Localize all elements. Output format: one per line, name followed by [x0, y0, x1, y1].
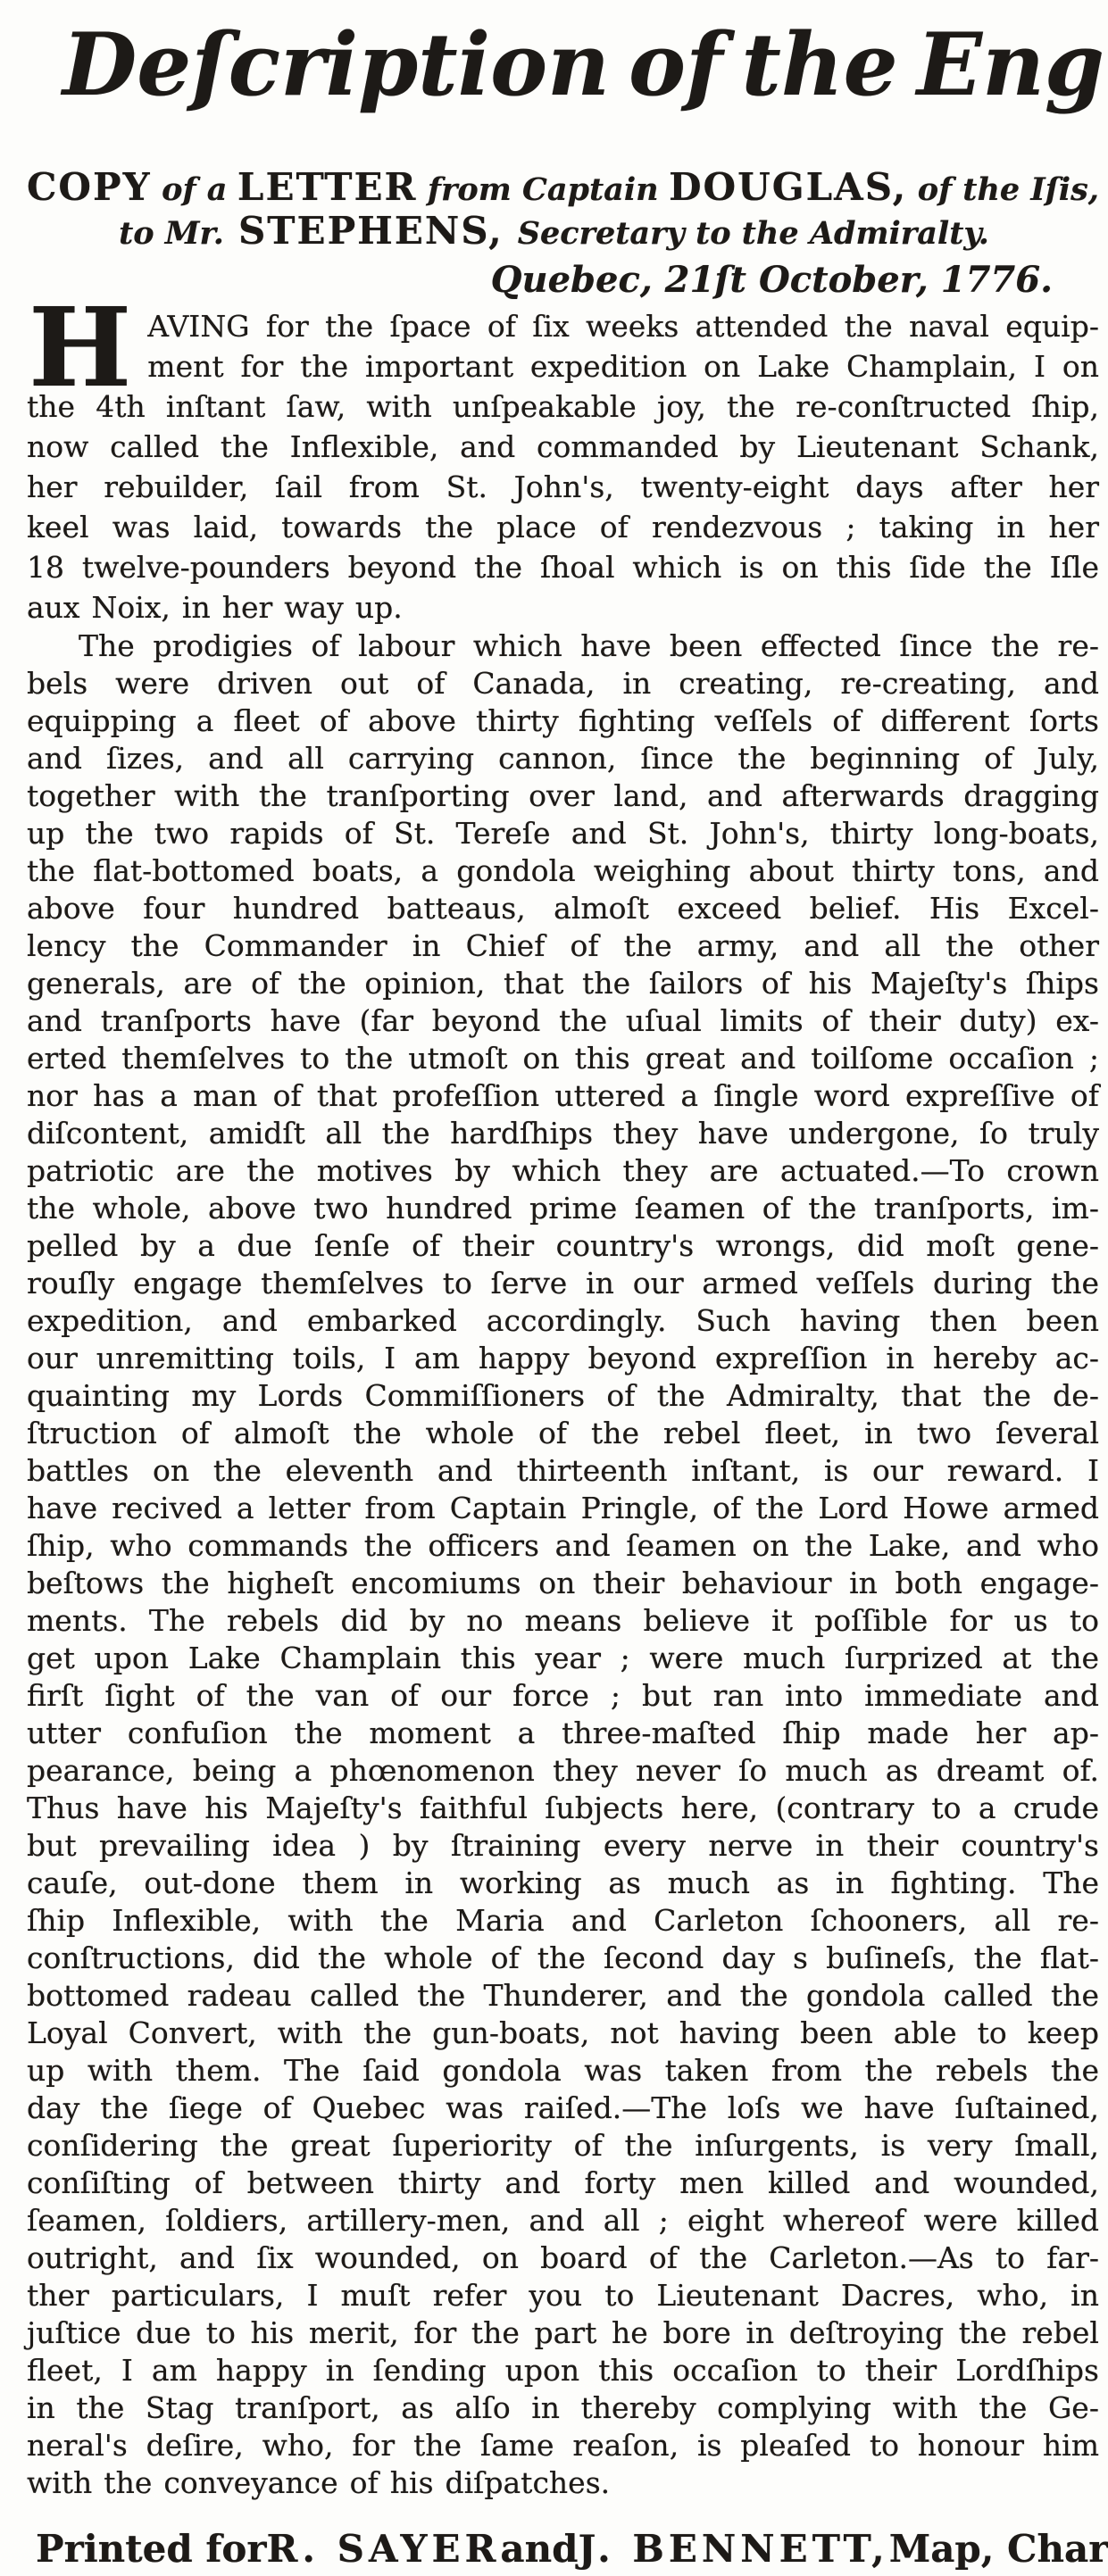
text-line: bottomed radeau called the Thunderer, an…	[27, 1977, 1099, 2015]
text-line: and tranſports have (far beyond the uſua…	[27, 1002, 1099, 1040]
text-line: ther particulars, I muſt refer you to Li…	[27, 2277, 1099, 2314]
text-line: together with the tranſporting over land…	[27, 777, 1099, 815]
text-line: now called the Inflexible, and commanded…	[27, 427, 1099, 467]
masthead-title: Deſcription of the Eng	[0, 0, 1108, 120]
text-line: 18 twelve-pounders beyond the ſhoal whic…	[27, 547, 1099, 587]
text-line: diſcontent, amidſt all the hardſhips the…	[27, 1115, 1099, 1152]
text-line: the flat-bottomed boats, a gondola weigh…	[27, 852, 1099, 890]
imprint-printed-for: Printed for	[36, 2527, 267, 2572]
caption-to-mr: to Mr.	[119, 213, 224, 254]
text-line: but prevailing idea ) by ſtraining every…	[27, 1827, 1099, 1865]
text-line: generals, are of the opinion, that the ſ…	[27, 965, 1099, 1002]
text-line: Loyal Convert, with the gun-boats, not h…	[27, 2015, 1099, 2052]
text-line: keel was laid, towards the place of rend…	[27, 507, 1099, 547]
text-line: get upon Lake Champlain this year ; were…	[27, 1640, 1099, 1677]
text-line: The prodigies of labour which have been …	[27, 627, 1099, 665]
text-line: outright, and ſix wounded, on board of t…	[27, 2239, 1099, 2277]
caption-copy: COPY	[27, 167, 152, 208]
opening-paragraph: H AVING for the ſpace of ſix weeks atten…	[0, 306, 1108, 627]
text-line: erted themſelves to the utmoſt on this g…	[27, 1040, 1099, 1077]
text-line: with the conveyance of his diſpatches.	[27, 2464, 1099, 2502]
text-line: in the Stag tranſport, as alſo in thereb…	[27, 2389, 1099, 2427]
text-line: quainting my Lords Commiſſioners of the …	[27, 1377, 1099, 1415]
text-line: ſeamen, ſoldiers, artillery-men, and all…	[27, 2202, 1099, 2239]
text-line: cauſe, out-done them in working as much …	[27, 1865, 1099, 1902]
text-line: nor has a man of that profeſſion uttered…	[27, 1077, 1099, 1115]
letter-caption-line1: COPY of a LETTER from Captain DOUGLAS, o…	[0, 120, 1108, 211]
text-line: conſiſting of between thirty and forty m…	[27, 2165, 1099, 2202]
imprint-line: Printed for R. SAYER and J. BENNETT, Map…	[0, 2502, 1108, 2572]
text-line: ſtruction of almoſt the whole of the reb…	[27, 1415, 1099, 1452]
imprint-and: and	[500, 2527, 578, 2572]
text-line: pelled by a due ſenſe of their country's…	[27, 1227, 1099, 1265]
text-line: firſt ſight of the van of our force ; bu…	[27, 1677, 1099, 1715]
letter-caption-line2: to Mr. STEPHENS, Secretary to the Admira…	[0, 211, 1108, 254]
caption-of-the-isis: of the Iſis,	[918, 170, 1099, 211]
text-line: equipping a fleet of above thirty fighti…	[27, 702, 1099, 740]
text-line: ſhip, who commands the officers and ſeam…	[27, 1527, 1099, 1565]
text-line: conſidering the great ſuperiority of the…	[27, 2127, 1099, 2165]
text-line: expedition, and embarked accordingly. Su…	[27, 1302, 1099, 1340]
caption-stephens: STEPHENS,	[238, 211, 504, 252]
text-line: above four hundred batteaus, almoſt exce…	[27, 890, 1099, 927]
caption-letter: LETTER	[237, 167, 417, 208]
text-line: neral's deſire, who, for the ſame reaſon…	[27, 2427, 1099, 2464]
text-line: ſhip Inflexible, with the Maria and Carl…	[27, 1902, 1099, 1940]
imprint-tail: Map, Chart, a	[889, 2527, 1108, 2572]
dateline: Quebec, 21ſt October, 1776.	[0, 254, 1108, 301]
text-line: conſtructions, did the whole of the ſeco…	[27, 1940, 1099, 1977]
caption-of-a: of a	[162, 170, 227, 211]
text-line: beſtows the higheſt encomiums on their b…	[27, 1565, 1099, 1602]
text-line: juſtice due to his merit, for the part h…	[27, 2314, 1099, 2352]
drop-cap-initial: H	[27, 306, 147, 386]
text-line: have recived a letter from Captain Pring…	[27, 1490, 1099, 1527]
paragraph-lines: The prodigies of labour which have been …	[27, 627, 1099, 2502]
text-line: Thus have his Majeſty's faithful ſubject…	[27, 1790, 1099, 1827]
document-page: Deſcription of the Eng COPY of a LETTER …	[0, 0, 1108, 2576]
text-line: ment for the important expedition on Lak…	[27, 346, 1099, 386]
text-line: her rebuilder, ſail from St. John's, twe…	[27, 467, 1099, 507]
text-line: the 4th inſtant ſaw, with unſpeakable jo…	[27, 386, 1099, 427]
text-line: up the two rapids of St. Tereſe and St. …	[27, 815, 1099, 852]
text-line: lency the Commander in Chief of the army…	[27, 927, 1099, 965]
text-line: day the ſiege of Quebec was raiſed.—The …	[27, 2090, 1099, 2127]
text-line: up with them. The ſaid gondola was taken…	[27, 2052, 1099, 2090]
masthead-word: of	[629, 9, 722, 120]
masthead-word: Eng	[917, 9, 1104, 120]
imprint-bennett: J. BENNETT,	[579, 2527, 889, 2572]
text-line: rouſly engage themſelves to ſerve in our…	[27, 1265, 1099, 1302]
caption-secretary: Secretary to the Admiralty.	[518, 213, 989, 254]
main-paragraph: The prodigies of labour which have been …	[0, 627, 1108, 2502]
caption-douglas: DOUGLAS,	[669, 167, 907, 208]
text-line: battles on the eleventh and thirteenth i…	[27, 1452, 1099, 1490]
masthead-word: Deſcription	[62, 9, 610, 120]
masthead-word: the	[742, 9, 898, 120]
text-line: the whole, above two hundred prime ſeame…	[27, 1190, 1099, 1227]
text-line: ments. The rebels did by no means believ…	[27, 1602, 1099, 1640]
caption-from-captain: from Captain	[428, 170, 659, 211]
text-line: fleet, I am happy in ſending upon this o…	[27, 2352, 1099, 2389]
text-line: and ſizes, and all carrying cannon, ſinc…	[27, 740, 1099, 777]
text-line: AVING for the ſpace of ſix weeks attende…	[27, 306, 1099, 346]
text-line: bels were driven out of Canada, in creat…	[27, 665, 1099, 702]
text-line: pearance, being a phœnomenon they never …	[27, 1752, 1099, 1790]
text-line: aux Noix, in her way up.	[27, 587, 1099, 627]
imprint-sayer: R. SAYER	[267, 2527, 501, 2572]
text-line: utter confuſion the moment a three-maſte…	[27, 1715, 1099, 1752]
text-line: patriotic are the motives by which they …	[27, 1152, 1099, 1190]
text-line: our unremitting toils, I am happy beyond…	[27, 1340, 1099, 1377]
paragraph-lines: AVING for the ſpace of ſix weeks attende…	[27, 306, 1099, 627]
